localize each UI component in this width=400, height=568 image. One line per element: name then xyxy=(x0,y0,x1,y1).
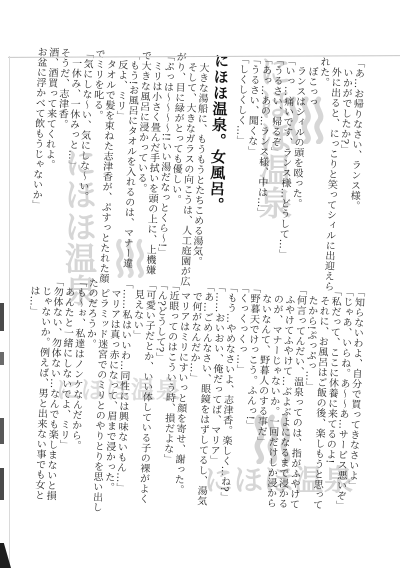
text-row-upper: 「あ…お帰りなさい、ランス様。いかがでしたか?」外に出ると、にっこりと笑ってシィ… xyxy=(30,47,364,294)
page-edge-line-left xyxy=(9,56,10,566)
gutter-shadow xyxy=(0,303,4,331)
gutter-shadow xyxy=(0,352,4,365)
scanned-novel-page: にほほ温泉 にほほ温泉 にほほ温泉 にほほ温泉 「あ…お帰りなさい、ランス様。い… xyxy=(0,0,400,568)
text-row-lower: 「知らないわよ、自分で買ってきなさいよ」「じゃあ、いらね。あ～～あ…サービス悪い… xyxy=(18,275,364,533)
section-heading: にほほ温泉。女風呂。 xyxy=(203,53,231,290)
gutter-shadow xyxy=(0,468,4,500)
gutter-shadow xyxy=(0,418,4,444)
